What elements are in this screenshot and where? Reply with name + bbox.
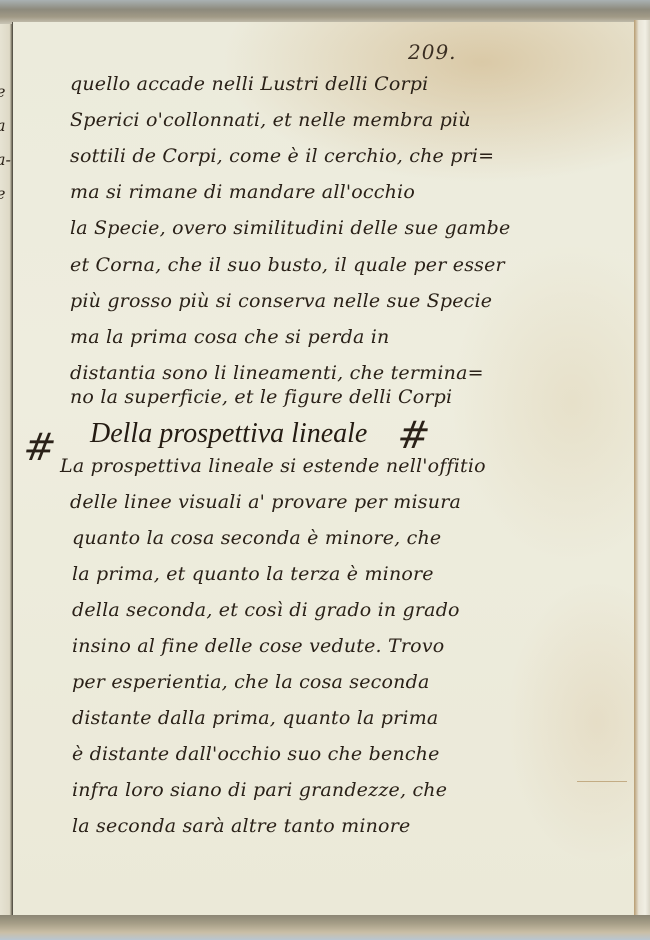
paper-crease (577, 781, 627, 782)
text-line: Sperici o'collonnati, et nelle membra pi… (70, 109, 471, 131)
text-line: la Specie, overo similitudini delle sue … (70, 217, 510, 239)
section-marker-right: # (395, 416, 432, 454)
text-line: La prospettiva lineale si estende nell'o… (60, 455, 486, 477)
left-page-text-fragment: e (0, 82, 5, 101)
text-line: ma la prima cosa che si perda in (70, 326, 390, 348)
manuscript-scan: e a a- e 209. quello accade nelli Lustri… (0, 0, 650, 940)
text-line: la prima, et quanto la terza è minore (72, 563, 434, 585)
text-line: no la superficie, et le figure delli Cor… (70, 386, 452, 408)
text-line: della seconda, et così di grado in grado (72, 599, 460, 621)
right-page-edge (634, 20, 650, 920)
text-line: distantia sono li lineamenti, che termin… (70, 362, 484, 384)
left-page-text-fragment: e (0, 184, 5, 203)
text-line: et Corna, che il suo busto, il quale per… (70, 254, 505, 276)
left-page-text-fragment: a- (0, 150, 11, 169)
bottom-page-edge (0, 915, 650, 940)
text-line: quello accade nelli Lustri delli Corpi (70, 73, 428, 95)
section-marker-left: # (21, 428, 58, 466)
adjacent-page-sliver: e a a- e (0, 24, 12, 918)
text-line: sottili de Corpi, come è il cerchio, che… (70, 145, 494, 167)
text-line: insino al fine delle cose vedute. Trovo (72, 635, 444, 657)
left-page-text-fragment: a (0, 116, 6, 135)
folio-number: 209. (408, 40, 457, 64)
text-line: distante dalla prima, quanto la prima (72, 707, 438, 729)
text-line: per esperientia, che la cosa seconda (72, 671, 430, 693)
text-line: delle linee visuali a' provare per misur… (70, 491, 461, 513)
top-page-edge (0, 0, 650, 24)
text-line: ma si rimane di mandare all'occhio (70, 181, 415, 203)
text-line: è distante dall'occhio suo che benche (72, 743, 440, 765)
section-heading: Della prospettiva lineale (90, 418, 367, 450)
text-line: più grosso più si conserva nelle sue Spe… (70, 290, 492, 312)
text-line: la seconda sarà altre tanto minore (72, 815, 410, 837)
text-line: infra loro siano di pari grandezze, che (72, 779, 447, 801)
text-line: quanto la cosa seconda è minore, che (72, 527, 441, 549)
